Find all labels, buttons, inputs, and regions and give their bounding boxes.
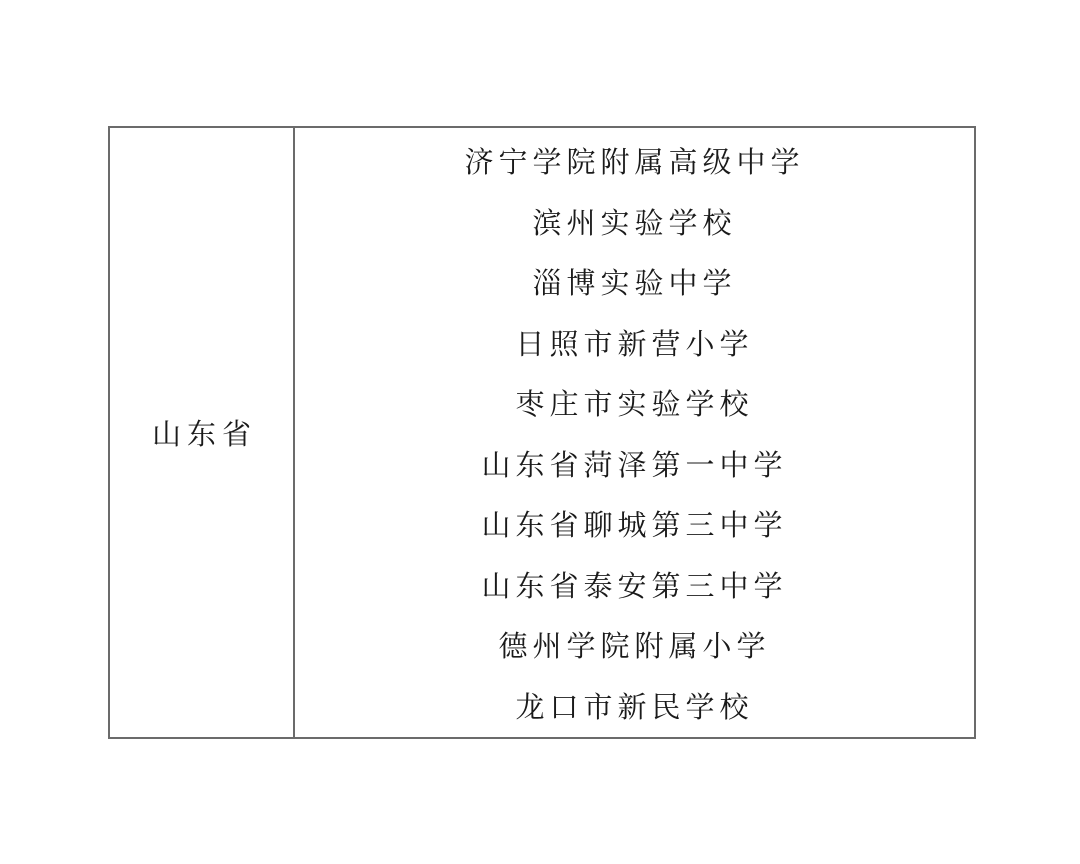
school-table: 山东省 济宁学院附属高级中学 滨州实验学校 淄博实验中学 日照市新营小学 枣庄市… xyxy=(108,126,976,739)
schools-cell: 济宁学院附属高级中学 滨州实验学校 淄博实验中学 日照市新营小学 枣庄市实验学校… xyxy=(294,127,975,738)
school-item: 山东省聊城第三中学 xyxy=(295,505,974,545)
school-item: 淄博实验中学 xyxy=(295,263,974,303)
school-item: 山东省菏泽第一中学 xyxy=(295,445,974,485)
school-item: 山东省泰安第三中学 xyxy=(295,566,974,606)
province-cell: 山东省 xyxy=(109,127,294,738)
school-item: 滨州实验学校 xyxy=(295,203,974,243)
school-list: 济宁学院附属高级中学 滨州实验学校 淄博实验中学 日照市新营小学 枣庄市实验学校… xyxy=(295,128,974,737)
table-row: 山东省 济宁学院附属高级中学 滨州实验学校 淄博实验中学 日照市新营小学 枣庄市… xyxy=(109,127,975,738)
school-item: 龙口市新民学校 xyxy=(295,687,974,727)
school-item: 日照市新营小学 xyxy=(295,324,974,364)
school-item: 枣庄市实验学校 xyxy=(295,384,974,424)
province-label: 山东省 xyxy=(146,417,257,451)
school-item: 德州学院附属小学 xyxy=(295,626,974,666)
school-item: 济宁学院附属高级中学 xyxy=(295,142,974,182)
